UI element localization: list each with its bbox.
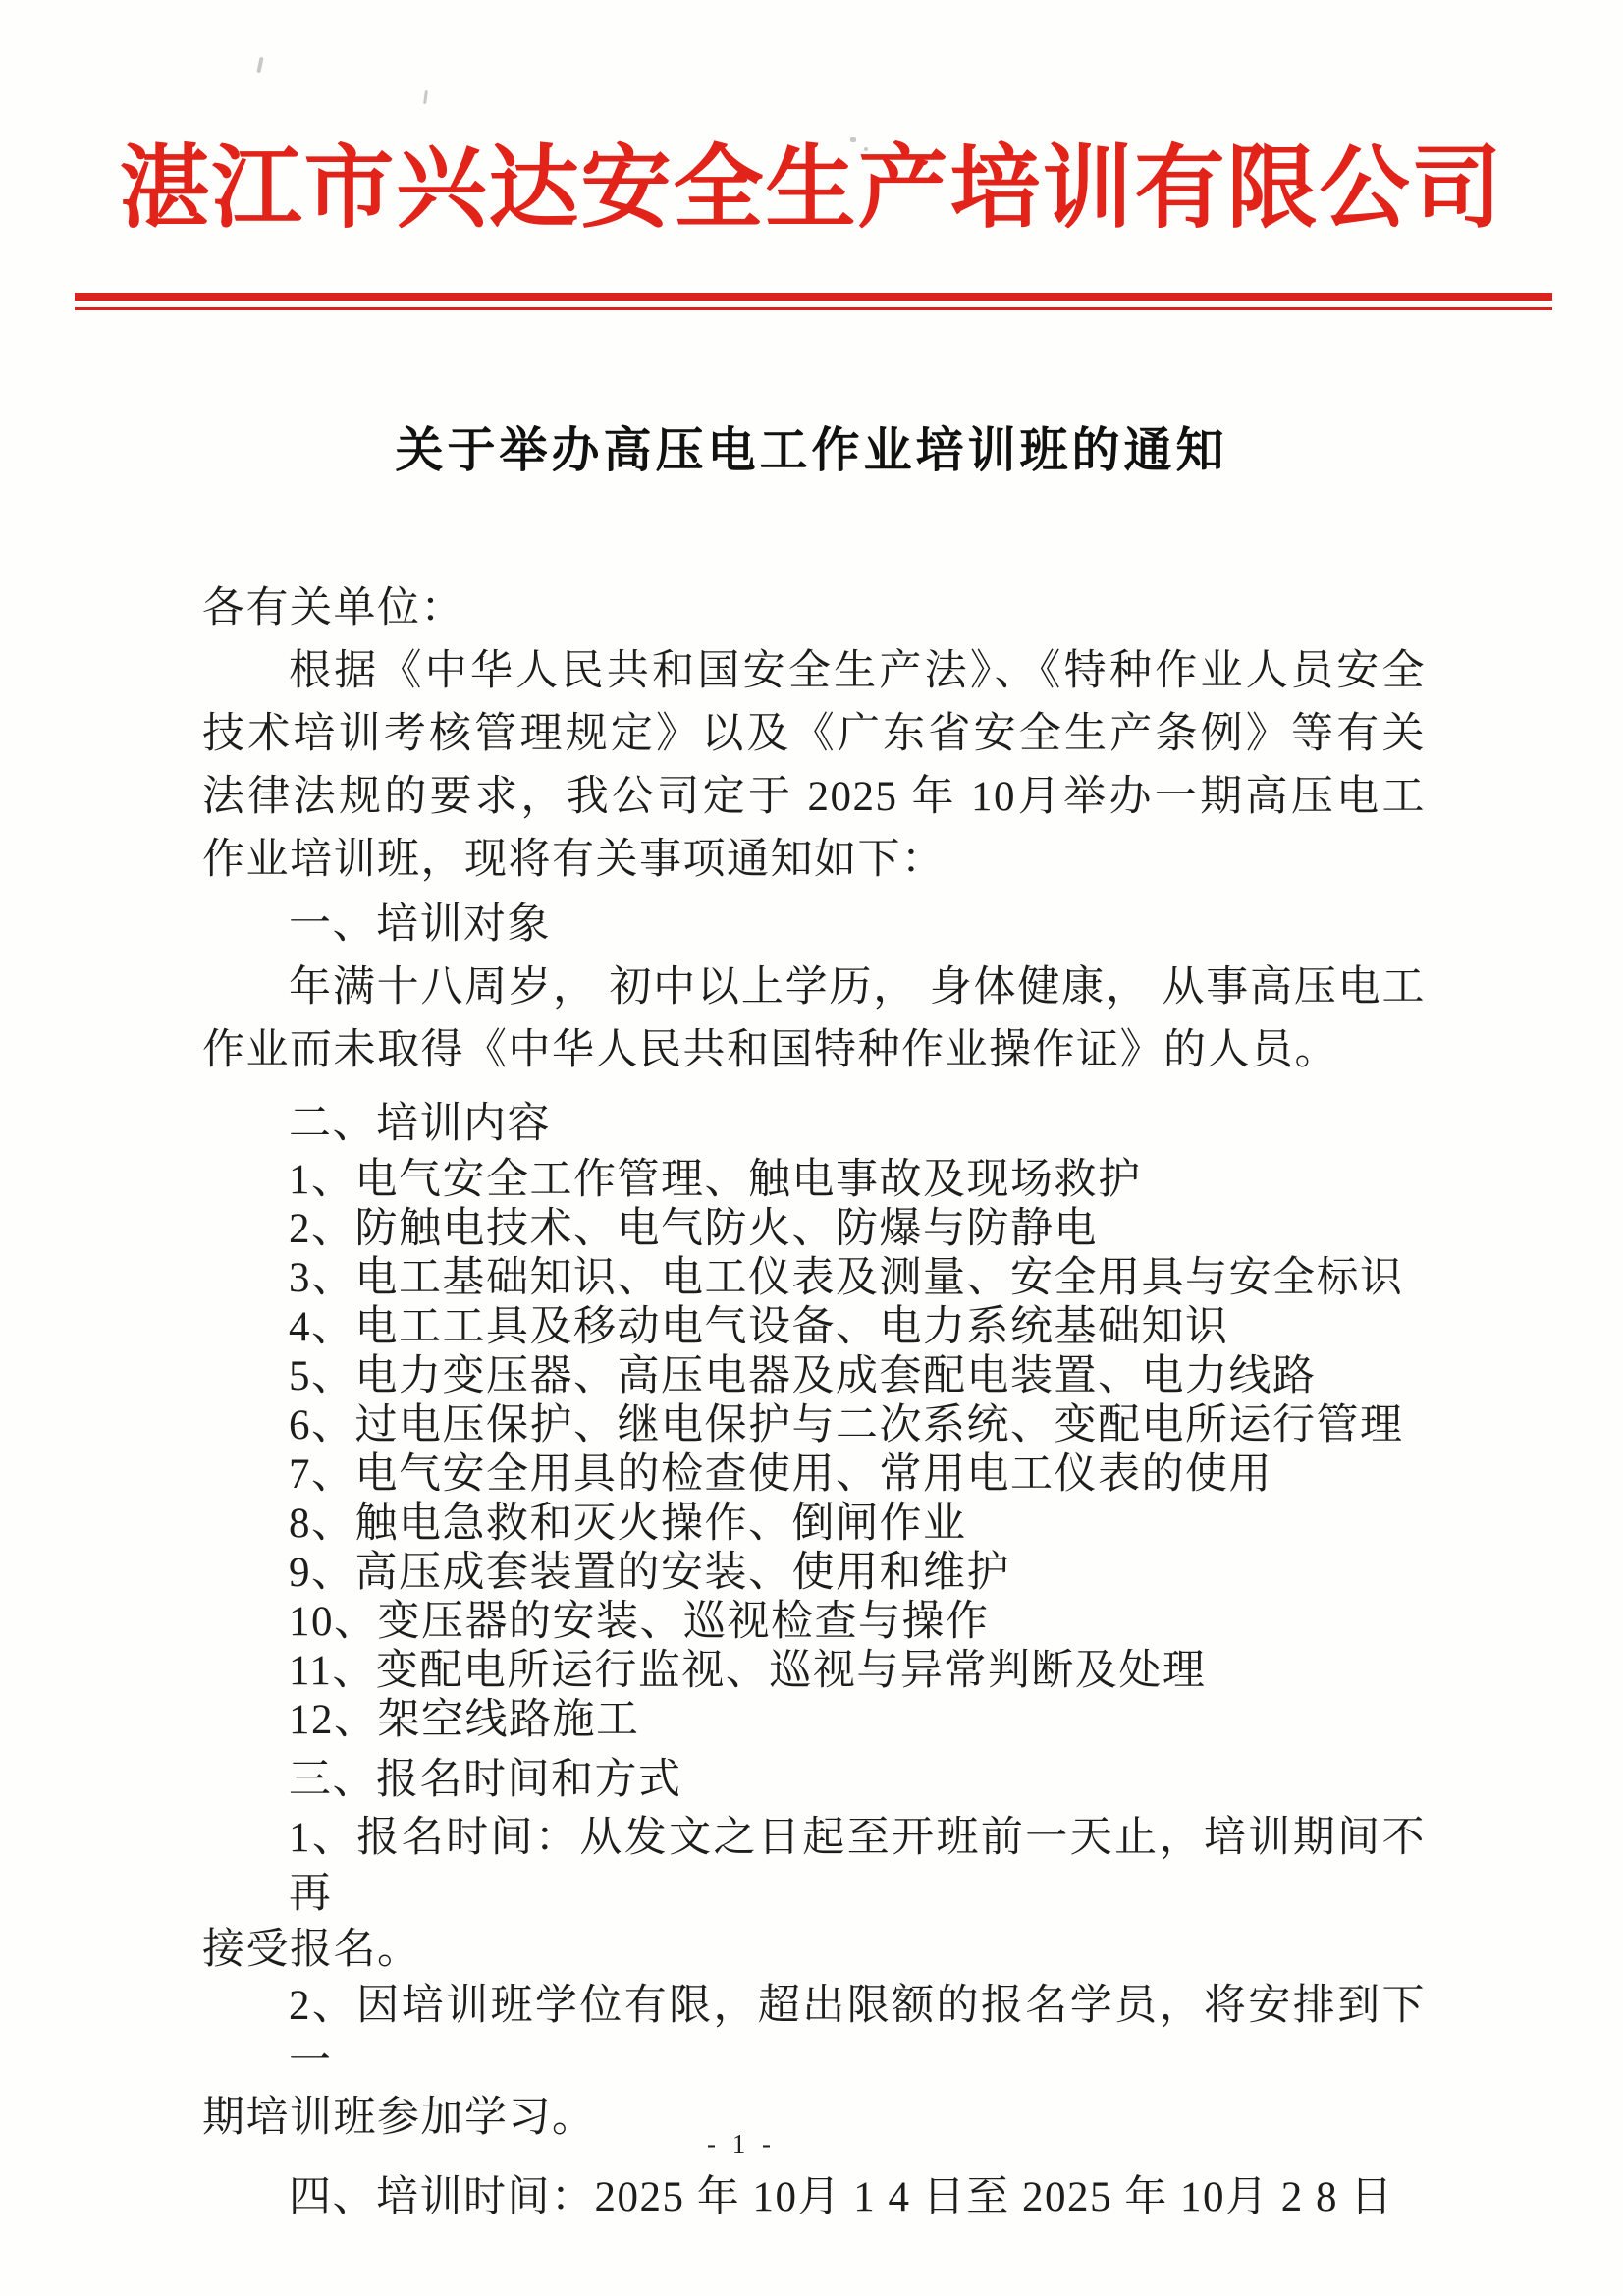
intro-line-2: 技术培训考核管理规定》以及《广东省安全生产条例》等有关 [202, 703, 1426, 766]
document-title: 关于举办高压电工作业培训班的通知 [0, 412, 1623, 481]
section2-item-2: 2、防触电技术、电气防火、防爆与防静电 [202, 1205, 1426, 1254]
page-number: - 1 - [682, 2129, 800, 2159]
letterhead-rule-thin [75, 307, 1552, 310]
section1-line-1: 年满十八周岁， 初中以上学历， 身体健康， 从事高压电工 [202, 957, 1426, 1019]
section2-item-4: 4、电工工具及移动电气设备、电力系统基础知识 [202, 1303, 1426, 1352]
section2-heading: 二、培训内容 [202, 1093, 1426, 1156]
scanned-notice-page: 湛江市兴达安全生产培训有限公司 关于举办高压电工作业培训班的通知 各有关单位： … [0, 0, 1623, 2296]
company-name-header: 湛江市兴达安全生产培训有限公司 [0, 116, 1623, 246]
section3-item1-line2: 接受报名。 [202, 1922, 1426, 1978]
intro-line-4: 作业培训班，现将有关事项通知如下： [202, 829, 1426, 892]
section2-item-9: 9、高压成套装置的安装、使用和维护 [202, 1549, 1426, 1598]
scan-speck [423, 90, 428, 104]
section2-item-7: 7、电气安全用具的检查使用、常用电工仪表的使用 [202, 1450, 1426, 1500]
section3-item2-line1: 2、因培训班学位有限，超出限额的报名学员，将安排到下一 [202, 1978, 1426, 2090]
intro-line-3: 法律法规的要求，我公司定于 2025 年 10月举办一期高压电工 [202, 766, 1426, 829]
section2-item-5: 5、电力变压器、高压电器及成套配电装置、电力线路 [202, 1352, 1426, 1401]
section2-item-10: 10、变压器的安装、巡视检查与操作 [202, 1598, 1426, 1647]
scan-speck [256, 57, 263, 73]
salutation: 各有关单位： [202, 577, 1426, 640]
section3-item2-line2: 期培训班参加学习。 [202, 2090, 1426, 2146]
section2-item-8: 8、触电急救和灭火操作、倒闸作业 [202, 1500, 1426, 1549]
intro-line-1: 根据《中华人民共和国安全生产法》、《特种作业人员安全 [202, 640, 1426, 703]
section3-heading: 三、报名时间和方式 [202, 1751, 1426, 1810]
section1-heading: 一、培训对象 [202, 894, 1426, 957]
document-body: 各有关单位： 根据《中华人民共和国安全生产法》、《特种作业人员安全 技术培训考核… [202, 577, 1426, 2225]
section1-line-2: 作业而未取得《中华人民共和国特种作业操作证》的人员。 [202, 1019, 1426, 1082]
section2-item-3: 3、电工基础知识、电工仪表及测量、安全用具与安全标识 [202, 1254, 1426, 1303]
section4-line: 四、培训时间：2025 年 10月 1 4 日至 2025 年 10月 2 8 … [202, 2169, 1426, 2225]
section2-item-11: 11、变配电所运行监视、巡视与异常判断及处理 [202, 1647, 1426, 1696]
section2-item-6: 6、过电压保护、继电保护与二次系统、变配电所运行管理 [202, 1401, 1426, 1450]
letterhead-rule-thick [75, 293, 1552, 301]
section3-item1-line1: 1、报名时间：从发文之日起至开班前一天止，培训期间不再 [202, 1810, 1426, 1922]
section2-item-12: 12、架空线路施工 [202, 1696, 1426, 1745]
section2-item-1: 1、电气安全工作管理、触电事故及现场救护 [202, 1156, 1426, 1205]
